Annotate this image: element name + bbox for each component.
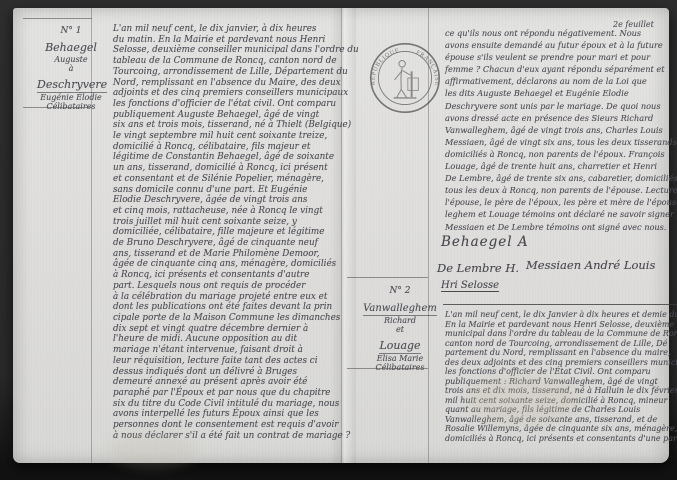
bride-surname: Deschryvere (37, 78, 107, 93)
seal-marianne-figure (394, 61, 419, 98)
bride-firstname: Eugénie Élodie (37, 93, 105, 102)
manuscript-line: Messiaen et De Lembre témoins ont signé … (445, 221, 677, 233)
manuscript-line: adjoints et des cinq premiers conseiller… (113, 88, 353, 99)
manuscript-line: et cinq mois, rattacheuse, née à Roncq l… (113, 206, 353, 217)
manuscript-line: avons dressé acte en présence des Sieurs… (445, 112, 677, 124)
manuscript-line: l'heure de midi. Aucune opposition au di… (113, 334, 353, 345)
manuscript-line: Rosalie Willemyns, âgée de cinquante six… (445, 424, 677, 434)
manuscript-line: paraphé par l'Époux et par nous que du c… (113, 388, 353, 399)
manuscript-line: L'an mil neuf cent, le dix janvier, à di… (113, 24, 353, 35)
manuscript-line: De Lembre, âgé de trente six ans, cabare… (445, 172, 677, 184)
act-separator-rule (443, 304, 677, 305)
manuscript-line: leghem et Louage témoins ont déclaré ne … (445, 208, 677, 220)
act-number: N° 2 (360, 286, 440, 296)
manuscript-line: trois juillet mil huit cent soixante sei… (113, 217, 353, 228)
manuscript-line: Deschryvere sont unis par le mariage. De… (445, 100, 677, 112)
manuscript-line: affirmativement, déclarons au nom de la … (445, 75, 677, 87)
manuscript-line: Elodie Deschryvere, âgée de vingt trois … (113, 195, 353, 206)
manuscript-line: six ans et trois mois, tisserand, né à T… (113, 120, 353, 131)
manuscript-line: Louage, âgé de trente huit ans, charreti… (445, 160, 677, 172)
manuscript-line: partement du Nord, remplissant en l'abse… (445, 348, 677, 358)
manuscript-line: à la célébration du mariage projeté entr… (113, 292, 353, 303)
manuscript-line: cipale porte de la Maison Commune les di… (113, 313, 353, 324)
act-2-margin-top-rule (347, 277, 428, 278)
manuscript-line: domiciliés à Roncq, ici présents et cons… (445, 434, 677, 444)
manuscript-line: mariage n'étant intervenue, faisant droi… (113, 345, 353, 356)
manuscript-line: domicilié à Roncq, célibataire, fils maj… (113, 142, 353, 153)
scanned-register-page: N° 1 Behaegel Auguste à Deschryvere Eugé… (0, 0, 677, 480)
manuscript-line: légitime de Constantin Behaegel, âgé de … (113, 152, 353, 163)
paper-stain (108, 433, 198, 467)
manuscript-line: les fonctions d'officier de l'État Civil… (445, 367, 677, 377)
groom-firstname: Auguste (37, 55, 105, 64)
manuscript-line: part. Lesquels nous ont requis de procéd… (113, 281, 353, 292)
signature-behaegel: Behaegel A (441, 234, 529, 250)
manuscript-line: dont les publications ont été faites dev… (113, 302, 353, 313)
act-2-opening-text: L'an mil neuf cent, le dix Janvier à dix… (445, 310, 677, 443)
manuscript-line: épouse s'ils veulent se prendre pour mar… (445, 51, 677, 63)
manuscript-line: canton nord de Tourcoing, arrondissement… (445, 339, 677, 349)
manuscript-line: âgée de cinquante cinq ans, ménagère, do… (113, 259, 353, 270)
manuscript-line: les dits Auguste Behaegel et Eugénie Elo… (445, 87, 677, 99)
act-1-closing-text: ce qu'ils nous ont répondu négativement.… (445, 27, 677, 233)
signature-delembre: De Lembre H. (437, 261, 519, 275)
manuscript-line: L'an mil neuf cent, le dix Janvier à dix… (445, 310, 677, 320)
manuscript-line: le vingt septembre mil huit cent soixant… (113, 131, 353, 142)
act-1-margin-note: N° 1 Behaegel Auguste à Deschryvere Eugé… (37, 26, 105, 111)
manuscript-line: Messiaen, âgé de vingt six ans, tous les… (445, 136, 677, 148)
groom-surname: Vanwalleghem (363, 303, 437, 316)
signature-messiaen: Messiaen André Louis (526, 258, 655, 272)
act-1-margin-top-rule (23, 18, 92, 19)
margin-conjunction: et (360, 325, 440, 334)
groom-firstname: Richard (360, 316, 440, 325)
manuscript-line: personnes dont le consentement est requi… (113, 420, 353, 431)
margin-conjunction: à (37, 64, 105, 73)
manuscript-line: ans, tisserand et de Marie Philomène Dem… (113, 249, 353, 260)
manuscript-line: femme ? Chacun d'eux ayant répondu sépar… (445, 63, 677, 75)
marital-status-note: Célibataires (360, 363, 440, 372)
manuscript-line: leur réquisition, lecture faite tant des… (113, 356, 353, 367)
manuscript-line: avons ensuite demandé au futur époux et … (445, 39, 677, 51)
bride-surname: Louage (379, 339, 420, 354)
marital-status-note: Célibataires (37, 102, 105, 111)
manuscript-line: de Bruno Deschryvere, âgé de cinquante n… (113, 238, 353, 249)
manuscript-line: publiquement Auguste Behaegel, âgé de vi… (113, 110, 353, 121)
act-2-margin-note: N° 2 Vanwalleghem Richard et Louage Elis… (360, 286, 440, 372)
manuscript-line: l'épouse, le père de l'époux, les père e… (445, 196, 677, 208)
manuscript-line: En la Mairie et pardevant nous Henri Sel… (445, 320, 677, 330)
groom-surname: Behaegel (45, 41, 97, 54)
signature-selosse: Hri Selosse (441, 280, 499, 291)
republique-francaise-seal-icon: RÉPUBLIQUE FRANÇAISE (367, 40, 443, 120)
manuscript-line: tous les deux à Roncq, non parents de l'… (445, 184, 677, 196)
act-number: N° 1 (37, 26, 105, 36)
manuscript-line: domiciliée, célibataire, fille majeure e… (113, 227, 353, 238)
register-paper: N° 1 Behaegel Auguste à Deschryvere Eugé… (13, 8, 669, 463)
manuscript-line: du matin. En la Mairie et pardevant nous… (113, 35, 353, 46)
manuscript-line: Tourcoing, arrondissement de Lille, Dépa… (113, 67, 353, 78)
act-1-manuscript-text: L'an mil neuf cent, le dix janvier, à di… (113, 24, 353, 441)
manuscript-line: dix sept et vingt quatre décembre dernie… (113, 324, 353, 335)
manuscript-line: Selosse, deuxième conseiller municipal d… (113, 45, 353, 56)
manuscript-line: dessus indiqués dont un délivré à Bruges (113, 367, 353, 378)
bride-firstname: Elisa Marie (360, 354, 440, 363)
manuscript-line: à Roncq, ici présents et consentants d'a… (113, 270, 353, 281)
manuscript-line: municipal dans l'ordre du tableau de la … (445, 329, 677, 339)
manuscript-line: tableau de la Commune de Roncq, canton n… (113, 56, 353, 67)
manuscript-line: Nord, remplissant en l'absence du Maire,… (113, 78, 353, 89)
manuscript-line: domiciliés à Roncq, non parents de l'épo… (445, 148, 677, 160)
manuscript-line: Vanwalleghem, âgé de vingt trois ans, Ch… (445, 124, 677, 136)
manuscript-line: les fonctions d'officier de l'état civil… (113, 99, 353, 110)
manuscript-line: des deux adjoints et des cinq premiers c… (445, 358, 677, 368)
manuscript-line: demeuré annexé au présent après avoir ét… (113, 377, 353, 388)
manuscript-line: six du titre du Code Civil intitulé du m… (113, 399, 353, 410)
manuscript-line: et consentant et de Silénie Popelier, mé… (113, 174, 353, 185)
manuscript-line: sans domicile connu d'une part. Et Eugén… (113, 185, 353, 196)
manuscript-line: ce qu'ils nous ont répondu négativement.… (445, 27, 677, 39)
manuscript-line: avons interpellé les futurs Époux ainsi … (113, 409, 353, 420)
manuscript-line: un ans, tisserand, domicilié à Roncq, ic… (113, 163, 353, 174)
paper-stain (468, 376, 578, 424)
